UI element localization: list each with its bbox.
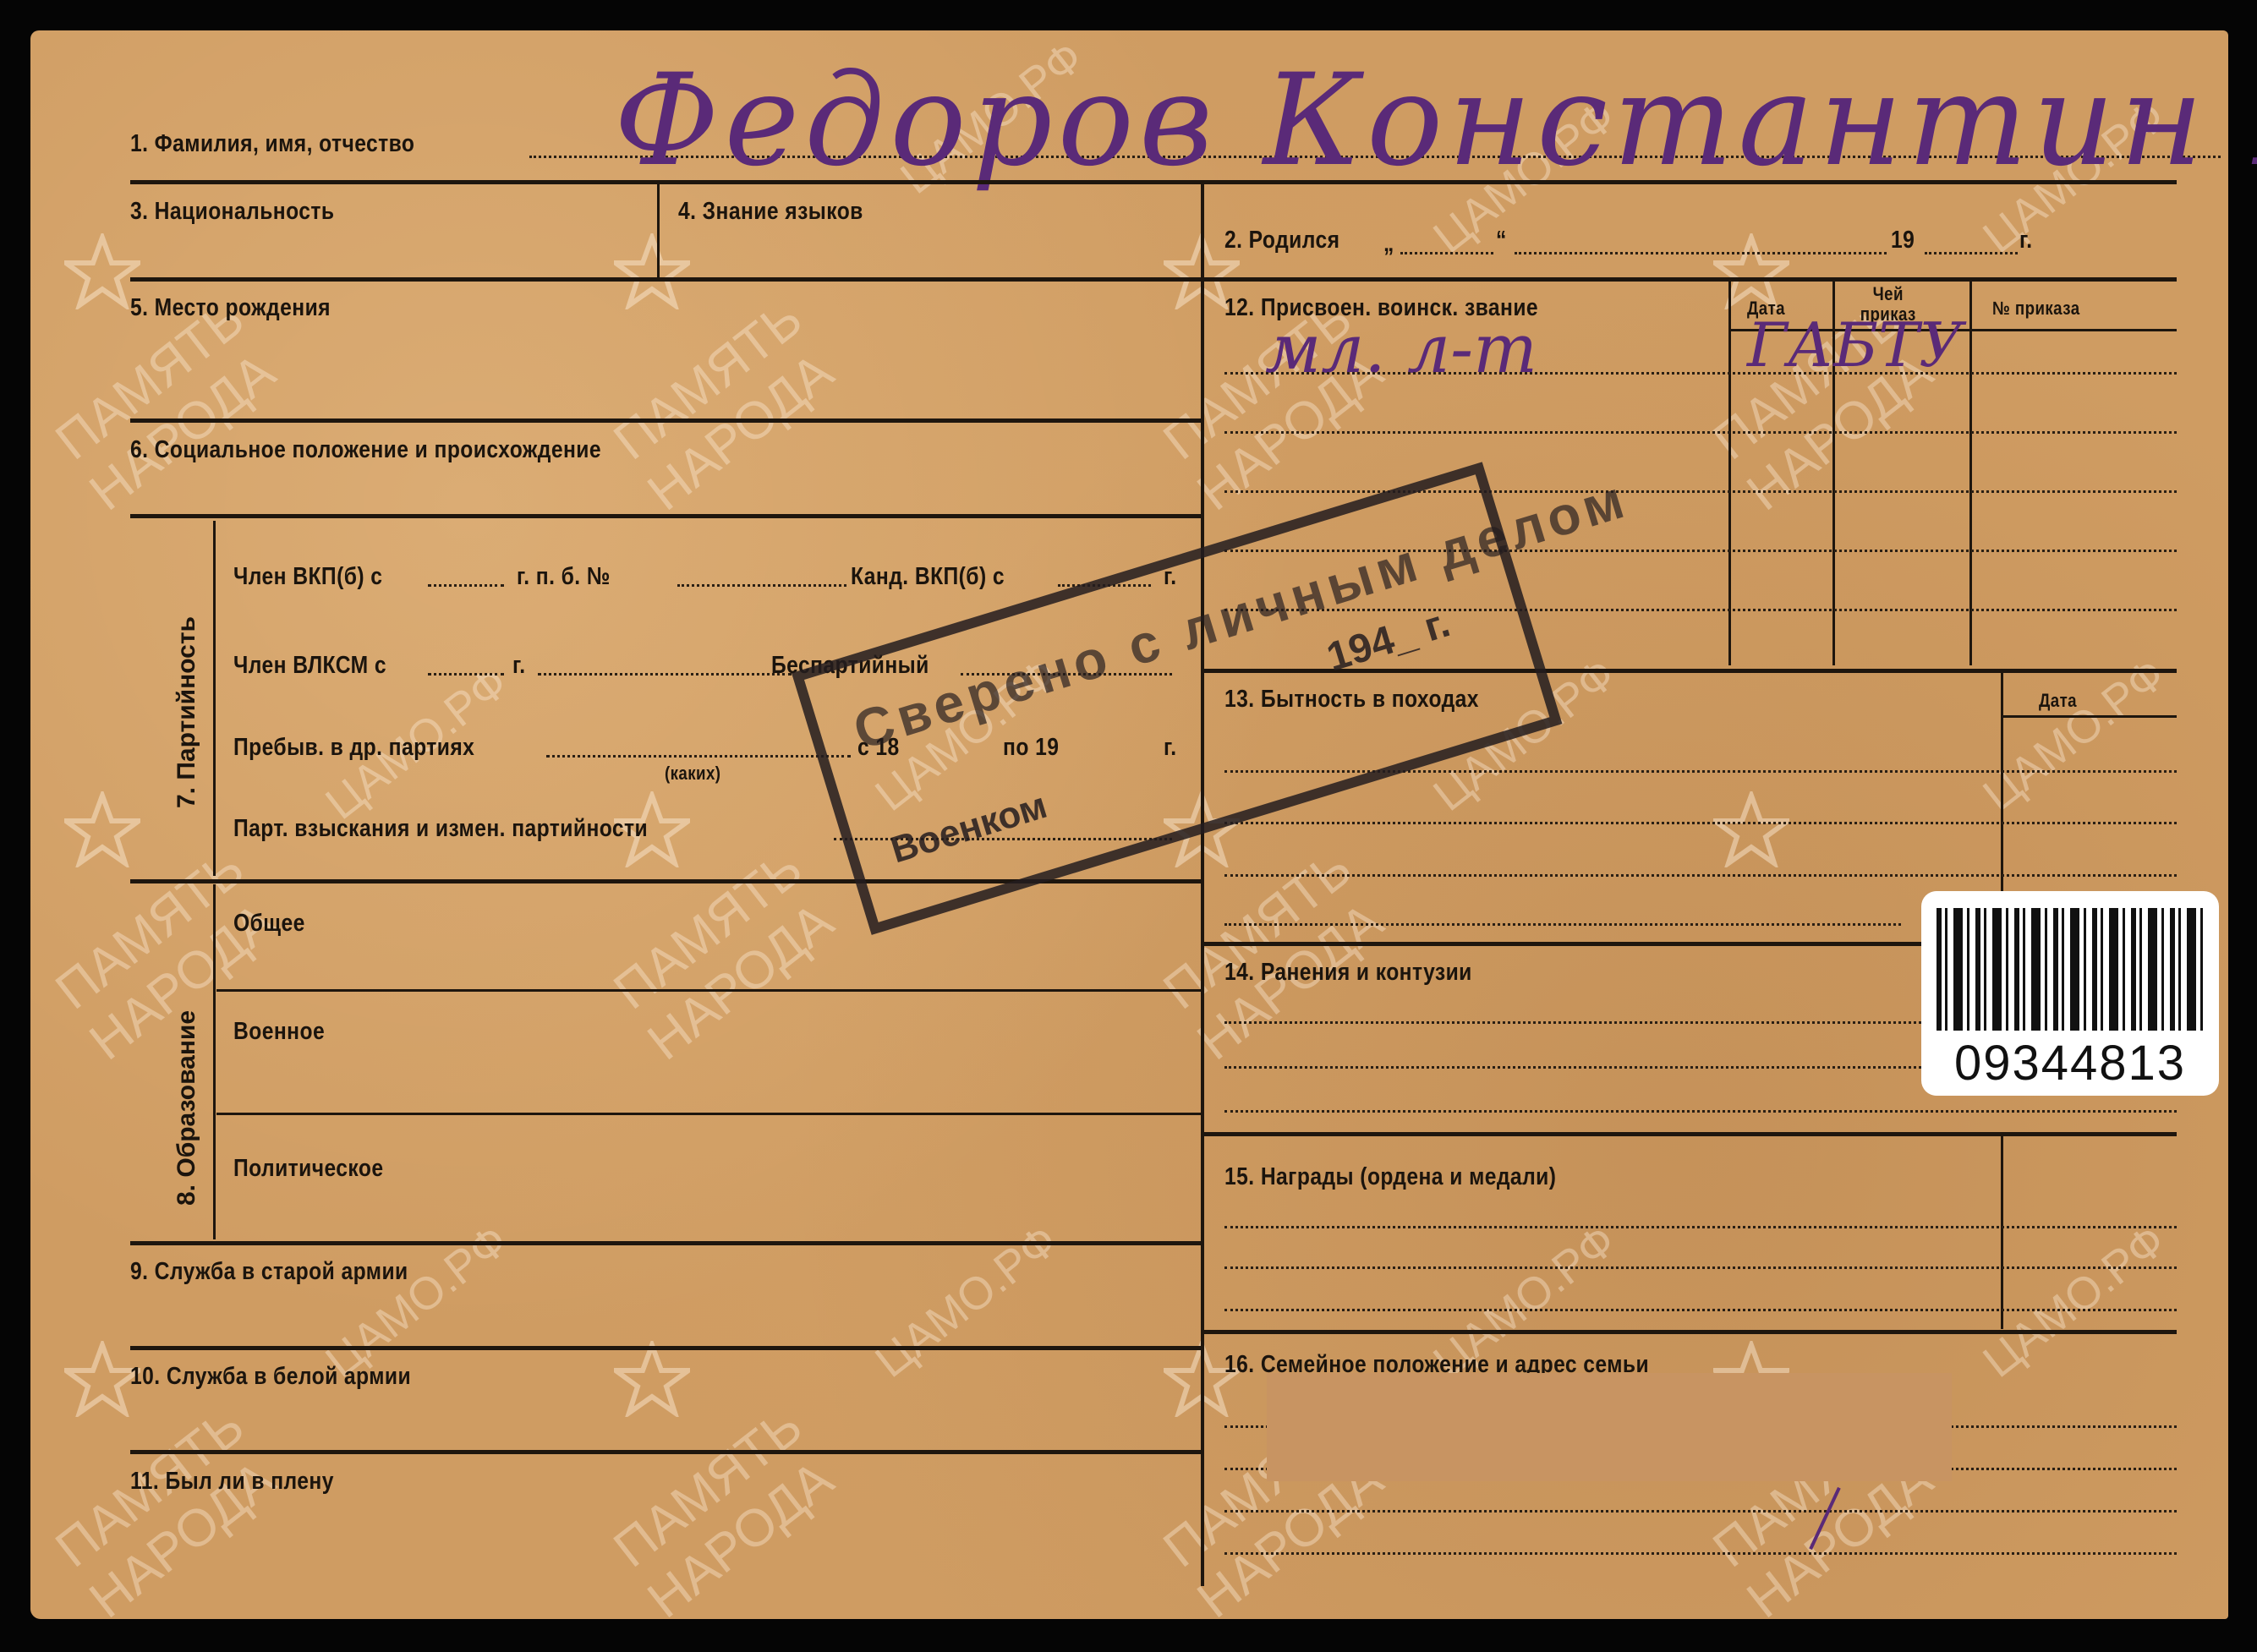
star-icon [614, 1341, 690, 1417]
whose-order-handwritten: ГАБТУ [1747, 309, 1963, 380]
party-member-label: Член ВКП(б) с [233, 563, 382, 591]
divider [2002, 715, 2177, 718]
col-date-header: Дата [2039, 690, 2077, 712]
rank-handwritten: мл. л-т [1265, 309, 1537, 388]
dotted-line [1224, 1110, 2177, 1113]
dotted-line [428, 673, 504, 676]
field-4-label: 4. Знание языков [678, 198, 863, 226]
education-military-label: Военное [233, 1018, 325, 1046]
field-10-label: 10. Служба в белой армии [130, 1363, 411, 1391]
star-icon [614, 233, 690, 309]
divider [216, 1113, 1201, 1115]
field-1-handwritten-name: Федоров Константин Павлович [614, 47, 2257, 194]
dotted-line [1224, 1552, 2177, 1555]
day-close-quote: “ [1496, 227, 1507, 254]
field-1-label: 1. Фамилия, имя, отчество [130, 130, 414, 158]
dotted-line [1224, 490, 2177, 493]
star-icon [64, 1341, 140, 1417]
dotted-line [1515, 252, 1887, 254]
divider [216, 989, 1201, 992]
divider [130, 514, 1201, 518]
field-3-label: 3. Национальность [130, 198, 334, 226]
field-6-label: 6. Социальное положение и происхождение [130, 436, 601, 464]
watermark-camo: ЦАМО.РФ [1975, 1217, 2173, 1385]
year-prefix: 19 [1891, 227, 1915, 254]
dotted-line [1224, 822, 2177, 824]
dotted-line [1925, 252, 2018, 254]
divider [657, 183, 660, 277]
divider [1728, 281, 1731, 665]
stamp-line-3: Военком [886, 785, 1052, 872]
watermark-camo: ЦАМО.РФ [1975, 650, 2173, 818]
center-divider [1201, 183, 1204, 1586]
divider [213, 521, 216, 876]
divider [130, 1241, 1201, 1245]
dotted-line [1224, 1066, 1926, 1069]
divider [1204, 1330, 2177, 1334]
dotted-line [1224, 1021, 1926, 1024]
field-5-label: 5. Место рождения [130, 294, 331, 322]
divider [213, 884, 216, 1239]
barcode-icon [1937, 908, 2204, 1031]
komsomol-label: Член ВЛКСМ с [233, 652, 386, 680]
dotted-line [1224, 874, 2177, 877]
education-general-label: Общее [233, 910, 305, 938]
star-icon [64, 233, 140, 309]
dotted-line [1224, 923, 1901, 926]
divider [1969, 281, 1972, 665]
divider [1204, 942, 1965, 946]
divider [130, 1450, 1201, 1454]
other-parties-label: Пребыв. в др. партиях [233, 734, 474, 762]
divider [2001, 1135, 2003, 1329]
divider [130, 277, 1201, 282]
dotted-line [1400, 252, 1493, 254]
field-2-label: 2. Родился [1224, 227, 1339, 254]
divider [130, 1346, 1201, 1350]
dotted-line [1224, 1226, 2177, 1228]
divider [130, 180, 2177, 184]
field-14-label: 14. Ранения и контузии [1224, 959, 1472, 987]
dotted-line [1224, 1510, 2177, 1513]
dotted-line [677, 584, 846, 587]
divider [130, 418, 1201, 423]
party-penalties-label: Парт. взыскания и измен. партийности [233, 815, 648, 843]
registration-card: ЦАМО.РФ ЦАМО.РФ ЦАМО.РФ ЦАМО.РФ ЦАМО.РФ … [30, 30, 2228, 1619]
other-parties-hint: (каких) [665, 763, 720, 785]
field-15-label: 15. Награды (ордена и медали) [1224, 1163, 1556, 1191]
year-suffix: г. [512, 652, 525, 680]
divider [1204, 1132, 2177, 1136]
dotted-line [1224, 372, 2177, 375]
barcode-number: 09344813 [1921, 1035, 2219, 1091]
dotted-line [546, 755, 851, 758]
section-8-label: 8. Образование [173, 1010, 201, 1206]
col-order-number-header: № приказа [1992, 298, 2080, 320]
education-political-label: Политическое [233, 1155, 383, 1183]
party-card-label: г. п. б. № [517, 563, 611, 591]
year-suffix: г. [2019, 227, 2032, 254]
dotted-line [1224, 431, 2177, 434]
redacted-family-address [1267, 1373, 1952, 1481]
divider [1204, 277, 2177, 282]
field-9-label: 9. Служба в старой армии [130, 1258, 408, 1286]
dotted-line [1224, 1266, 2177, 1269]
stamp-line-1: Сверено с личным делом [846, 467, 1635, 762]
dotted-line [428, 584, 504, 587]
party-candidate-label: Канд. ВКП(б) с [851, 563, 1005, 591]
dotted-line [1224, 1309, 2177, 1311]
star-icon [64, 791, 140, 867]
section-7-label: 7. Партийность [173, 616, 201, 808]
day-open-quote: „ [1383, 230, 1394, 258]
star-icon [1713, 791, 1789, 867]
archive-barcode-label: 09344813 [1921, 891, 2219, 1096]
field-11-label: 11. Был ли в плену [130, 1468, 334, 1496]
dotted-line [538, 673, 792, 676]
